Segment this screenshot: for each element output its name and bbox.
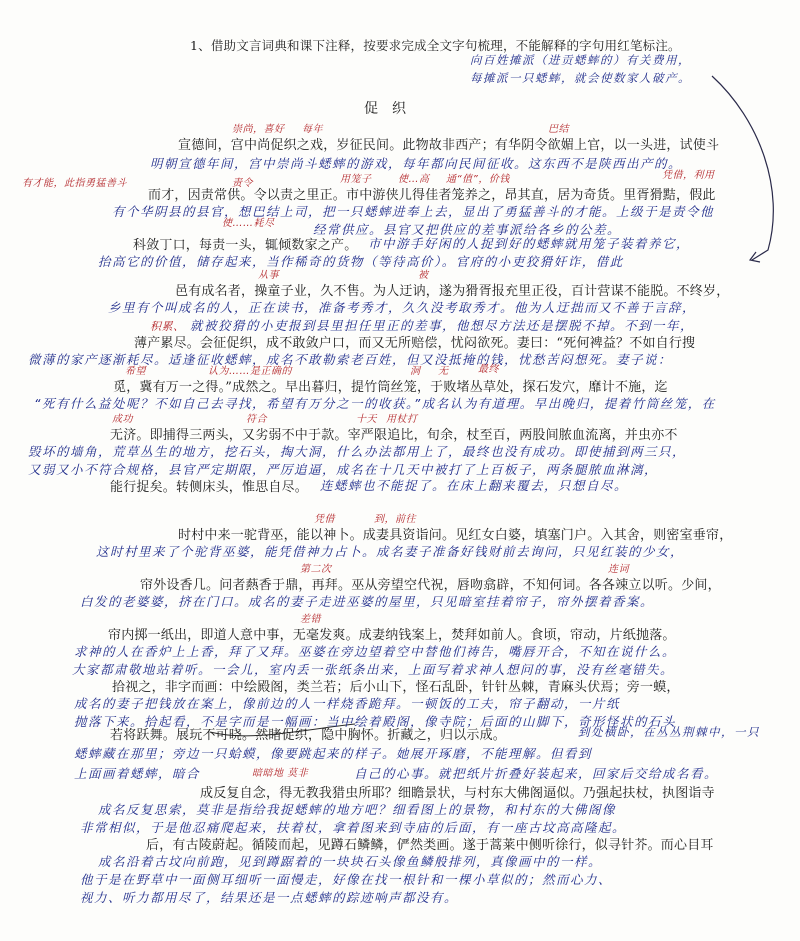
source-text-line: 宣德间，宫中尚促织之戏，岁征民间。此物故非西产；有华阴令欲媚上官，以一头进，试使…	[178, 134, 719, 153]
translation-line: 抬高它的价值，储存起来，当作稀奇的货物（等待高价）。官府的小吏狡猾奸诈，借此	[98, 252, 624, 270]
red-note: 希望	[125, 362, 146, 377]
translation-line: 连蟋蟀也不能捉了。在床上翻来覆去，只想自尽。	[320, 476, 628, 494]
translation-line: 上面画着蟋蟀，暗合	[74, 764, 200, 782]
source-text-line: 而才，因责常供。令以责之里正。市中游侠儿得佳者笼养之，昂其直，居为奇货。里胥猾黠…	[148, 184, 716, 203]
translation-line: 成名沿着古坟向前跑，见到蹲踞着的一块块石头像鱼鳞般排列，真像画中的一样。	[98, 852, 602, 870]
translation-line: 自己的心事。就把纸片折叠好装起来，回家后交给成名看。	[354, 764, 718, 782]
red-note: 符合	[246, 410, 267, 425]
translation-line: 有个华阴县的县官，想巴结上司，把一只蟋蟀进奉上去，显出了勇猛善斗的才能。上级于是…	[112, 202, 714, 220]
red-note: 使……耗尽	[222, 214, 275, 229]
source-text-line: 邑有成名者，操童子业，久不售。为人迂讷，遂为猾胥报充里正役，百计营谋不能脱。不终…	[175, 280, 729, 299]
red-note: 用杖打	[386, 410, 418, 425]
red-note: 到，前往	[374, 510, 416, 525]
translation-line: 这时村里来了个驼背巫婆，能凭借神力占卜。成名妻子准备好钱财前去询问，只见红装的少…	[96, 542, 684, 560]
top-note-line-1: 向百姓摊派（进贡蟋蟀的）有关费用，	[470, 52, 691, 68]
translation-line: 乡里有个叫成名的人，正在读书，准备考秀才，久久没考取秀才。他为人迂拙而又不善于言…	[108, 298, 696, 316]
red-note: 通“值”，价钱	[446, 170, 510, 185]
red-note: 崇尚，喜好	[232, 120, 285, 135]
translation-line: 他于是在野草中一面侧耳细听一面慢走，好像在找一根针和一棵小草似的；然而心力、	[80, 870, 612, 888]
red-note: 有才能，此指勇猛善斗	[22, 174, 127, 189]
translation-line: 成名的妻子把钱放在案上，像前边的人一样烧香跪拜。一顿饭的工夫，帘子翻动，一片纸	[74, 694, 620, 712]
translation-line: 求神的人在香炉上上香，拜了又拜。巫婆在旁边望着空中替他们祷告，嘴唇开合，不知在说…	[74, 642, 676, 660]
source-text-line: 帘外设香几。问者爇香于鼎，再拜。巫从旁望空代祝，唇吻翕辟，不知何词。各各竦立以听…	[140, 574, 721, 593]
red-note: 差错	[300, 610, 321, 625]
red-note: 巴结	[548, 120, 569, 135]
red-note: 每年	[302, 120, 323, 135]
red-note: 被	[418, 266, 429, 281]
red-note: 使…高	[398, 170, 430, 185]
source-text-line: 成反复自念，得无教我猎虫所耶？细瞻景状，与村东大佛阁逼似。乃强起扶杖，执图诣寺	[200, 782, 715, 801]
source-text-line: 能行捉矣。转侧床头，惟思自尽。	[110, 476, 308, 495]
red-note: 洞	[410, 362, 421, 377]
red-note: 用笼子	[340, 170, 372, 185]
source-text-line: 后，有古陵蔚起。循陵而起，见蹲石鳞鳞，俨然类画。遂于蒿莱中侧听徐行，似寻针芥。而…	[146, 834, 714, 853]
source-text-line: 帘内掷一纸出，即道人意中事，无毫发爽。成妻纳钱案上，焚拜如前人。食顷，帘动，片纸…	[108, 624, 676, 643]
translation-line: 市中游手好闲的人捉到好的蟋蟀就用笼子装着养它，	[368, 234, 690, 252]
red-note: 最终	[478, 360, 499, 375]
translation-line: 到处横卧，在丛丛荆棘中，一只	[578, 724, 760, 740]
red-note: 十天	[356, 410, 377, 425]
red-note: 成功	[112, 410, 133, 425]
red-note: 暗暗地 莫非	[252, 764, 308, 779]
source-text-line: 若将跃舞。展玩不可晓。然睹促织，隐中胸怀。折藏之，归以示成。	[110, 724, 506, 743]
translation-line: 视力、听力都用尽了，结果还是一点蟋蟀的踪迹响声都没有。	[80, 888, 458, 906]
translation-line: 毁坏的墙角，荒草丛生的地方，挖石头，掏大洞，什么办法都用上了，最终也没有成功。即…	[28, 442, 686, 460]
worksheet-page: 1、借助文言词典和课下注释，按要求完成全文字句梳理，不能解释的字句用红笔标注。 …	[0, 0, 800, 941]
top-note-line-2: 每摊派一只蟋蟀，就会使数家人破产。	[470, 70, 691, 86]
red-note: 第二次	[300, 560, 332, 575]
source-text-line: 薄产累尽。会征促织，成不敢敛户口，而又无所赔偿，忧闷欲死。妻曰：“死何裨益？不如…	[134, 332, 695, 351]
source-text-line: 科敛丁口，每责一头，辄倾数家之产。	[133, 234, 357, 253]
source-text-line: 拾视之，非字而画：中绘殿阁，类兰若；后小山下，怪石乱卧，针针丛棘，青麻头伏焉；旁…	[112, 676, 680, 695]
source-text-line: 无济。即捕得三两头，又劣弱不中于款。宰严限追比，旬余，杖至百，两股间脓血流离，并…	[110, 424, 678, 443]
page-title: 促织	[364, 98, 420, 118]
red-note: 从事	[258, 266, 279, 281]
red-note: 凭借，利用	[662, 166, 715, 181]
red-note: 凭借	[314, 510, 335, 525]
translation-line: 成名反复思索，莫非是指给我捉蟋蟀的地方吧？细看图上的景物，和村东的大佛阁像	[98, 800, 616, 818]
translation-line: 白发的老婆婆，挤在门口。成名的妻子走进巫婆的屋里，只见暗室挂着帘子，帘外摆着香案…	[80, 592, 654, 610]
translation-line: 蟋蟀藏在那里；旁边一只蛤蟆，像要跳起来的样子。她展开琢磨，不能理解。但看到	[74, 744, 592, 762]
source-text-line: 时村中来一驼背巫，能以神卜。成妻具资诣问。见红女白婆，填塞门户。入其舍，则密室垂…	[178, 524, 732, 543]
source-text-line: 觅，冀有万一之得。”成然之。早出暮归，提竹筒丝笼，于败堵丛草处，探石发穴，靡计不…	[113, 376, 668, 395]
red-note: 认为……是正确的	[208, 362, 292, 377]
red-note: 无	[438, 362, 449, 377]
red-note: 连词	[608, 560, 629, 575]
